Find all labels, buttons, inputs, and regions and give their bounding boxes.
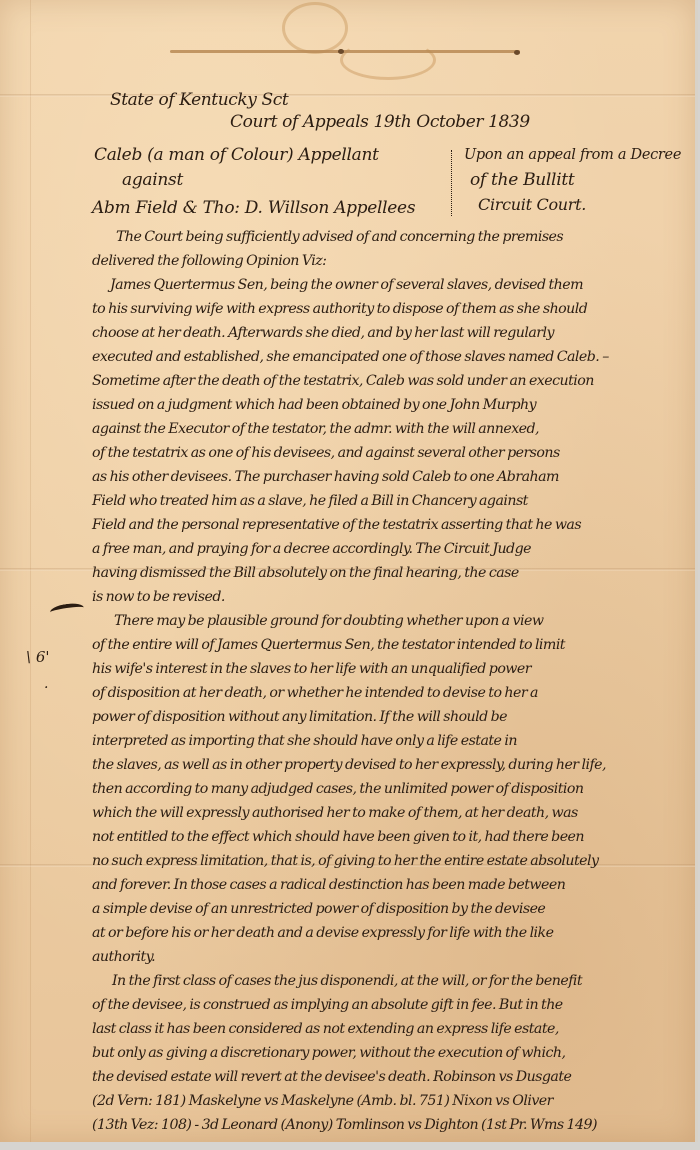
opinion-line: (13th Vez: 108) - 3d Leonard (Anony) Tom… [92,1117,597,1133]
margin-dot: . [44,676,48,692]
opinion-line: a free man, and praying for a decree acc… [92,541,531,557]
bracket-brace [451,150,458,216]
opinion-line: power of disposition without any limitat… [92,709,507,725]
opinion-line: against the Executor of the testator, th… [92,421,539,437]
appellant-line: Caleb (a man of Colour) Appellant [94,145,379,165]
paper-fold-line [0,94,695,97]
appeal-note-line-1: Upon an appeal from a Decree [464,147,681,163]
opinion-line: Field and the personal representative of… [92,517,581,533]
opinion-line: is now to be revised. [92,589,225,605]
appeal-note-line-2: of the Bullitt [470,170,574,190]
opinion-line: In the first class of cases the jus disp… [112,973,582,989]
opinion-line: issued on a judgment which had been obta… [92,397,536,413]
pin-hole [514,50,520,55]
appeal-note-line-3: Circuit Court. [478,195,586,214]
opinion-line: delivered the following Opinion Viz: [92,253,326,269]
opinion-line: and forever. In those cases a radical de… [92,877,565,893]
opinion-line: last class it has been considered as not… [92,1021,559,1037]
ink-blot-mark [49,602,84,619]
opinion-line: interpreted as importing that she should… [92,733,517,749]
opinion-line: but only as giving a discretionary power… [92,1045,565,1061]
opinion-line: executed and established, she emancipate… [92,349,609,365]
opinion-line: of the devisee, is construed as implying… [92,997,563,1013]
paper-edge-shadow [30,0,31,1142]
opinion-line: a simple devise of an unrestricted power… [92,901,545,917]
margin-annotation: \ 6' [26,648,50,666]
opinion-line: his wife's interest in the slaves to her… [92,661,531,677]
opinion-line: then according to many adjudged cases, t… [92,781,583,797]
string-stain-loop [340,40,436,80]
manuscript-page: State of Kentucky Sct Court of Appeals 1… [0,0,698,1142]
state-heading: State of Kentucky Sct [110,90,288,110]
string-binding-stain [170,50,520,53]
opinion-line: of disposition at her death, or whether … [92,685,538,701]
opinion-line: to his surviving wife with express autho… [92,301,587,317]
opinion-line: Sometime after the death of the testatri… [92,373,594,389]
opinion-line: having dismissed the Bill absolutely on … [92,565,519,581]
string-stain-loop [282,2,348,54]
opinion-line: which the will expressly authorised her … [92,805,578,821]
opinion-line: choose at her death. Afterwards she died… [92,325,554,341]
court-date-heading: Court of Appeals 19th October 1839 [230,112,530,132]
opinion-line: at or before his or her death and a devi… [92,925,553,941]
opinion-line: James Quertermus Sen, being the owner of… [110,277,583,293]
opinion-line: of the testatrix as one of his devisees,… [92,445,560,461]
against-line: against [122,170,183,190]
opinion-line: not entitled to the effect which should … [92,829,584,845]
opinion-line: no such express limitation, that is, of … [92,853,598,869]
opinion-line: The Court being sufficiently advised of … [116,229,563,245]
appellees-line: Abm Field & Tho: D. Willson Appellees [92,198,415,218]
opinion-line: the slaves, as well as in other property… [92,757,606,773]
opinion-line: the devised estate will revert at the de… [92,1069,571,1085]
opinion-line: There may be plausible ground for doubti… [114,613,543,629]
opinion-line: authority. [92,949,155,965]
opinion-line: (2d Vern: 181) Maskelyne vs Maskelyne (A… [92,1093,553,1109]
opinion-line: Field who treated him as a slave, he fil… [92,493,528,509]
opinion-line: as his other devisees. The purchaser hav… [92,469,559,485]
opinion-line: of the entire will of James Quertermus S… [92,637,565,653]
pin-hole [338,49,344,54]
